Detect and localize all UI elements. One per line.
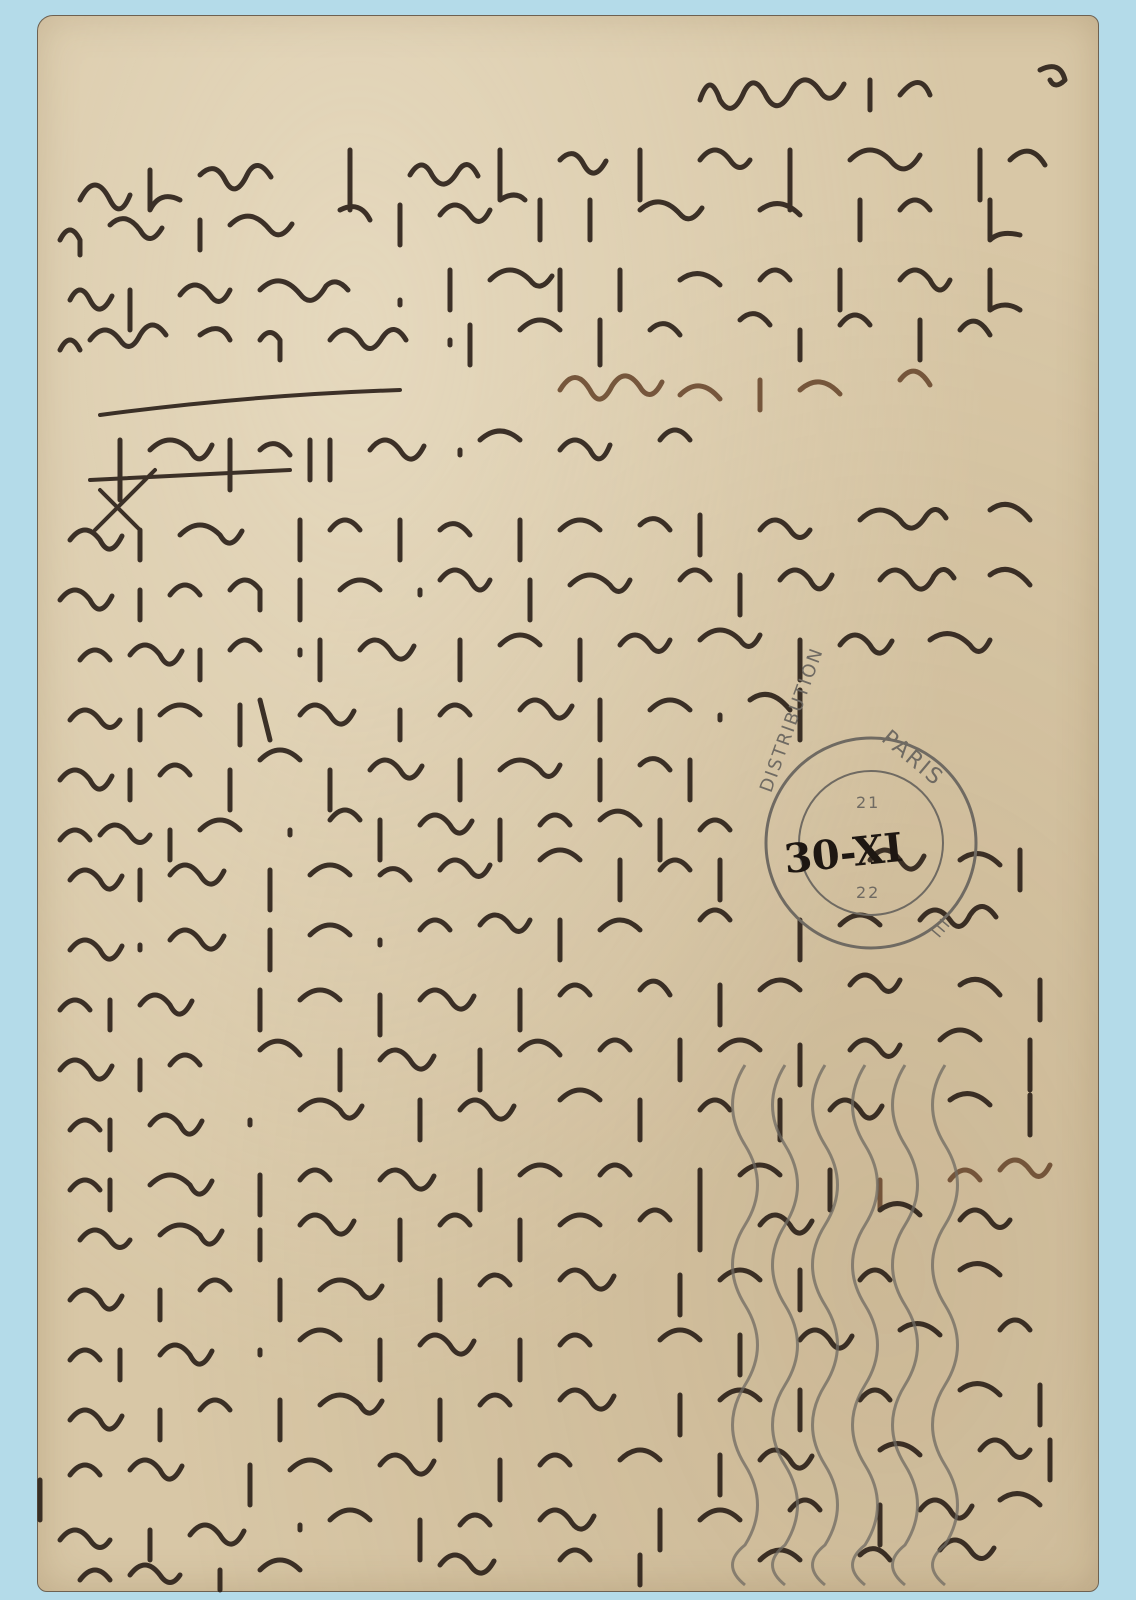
postmark-date-3: 22 — [856, 883, 880, 902]
postmark-date-1: 21 — [856, 793, 880, 812]
